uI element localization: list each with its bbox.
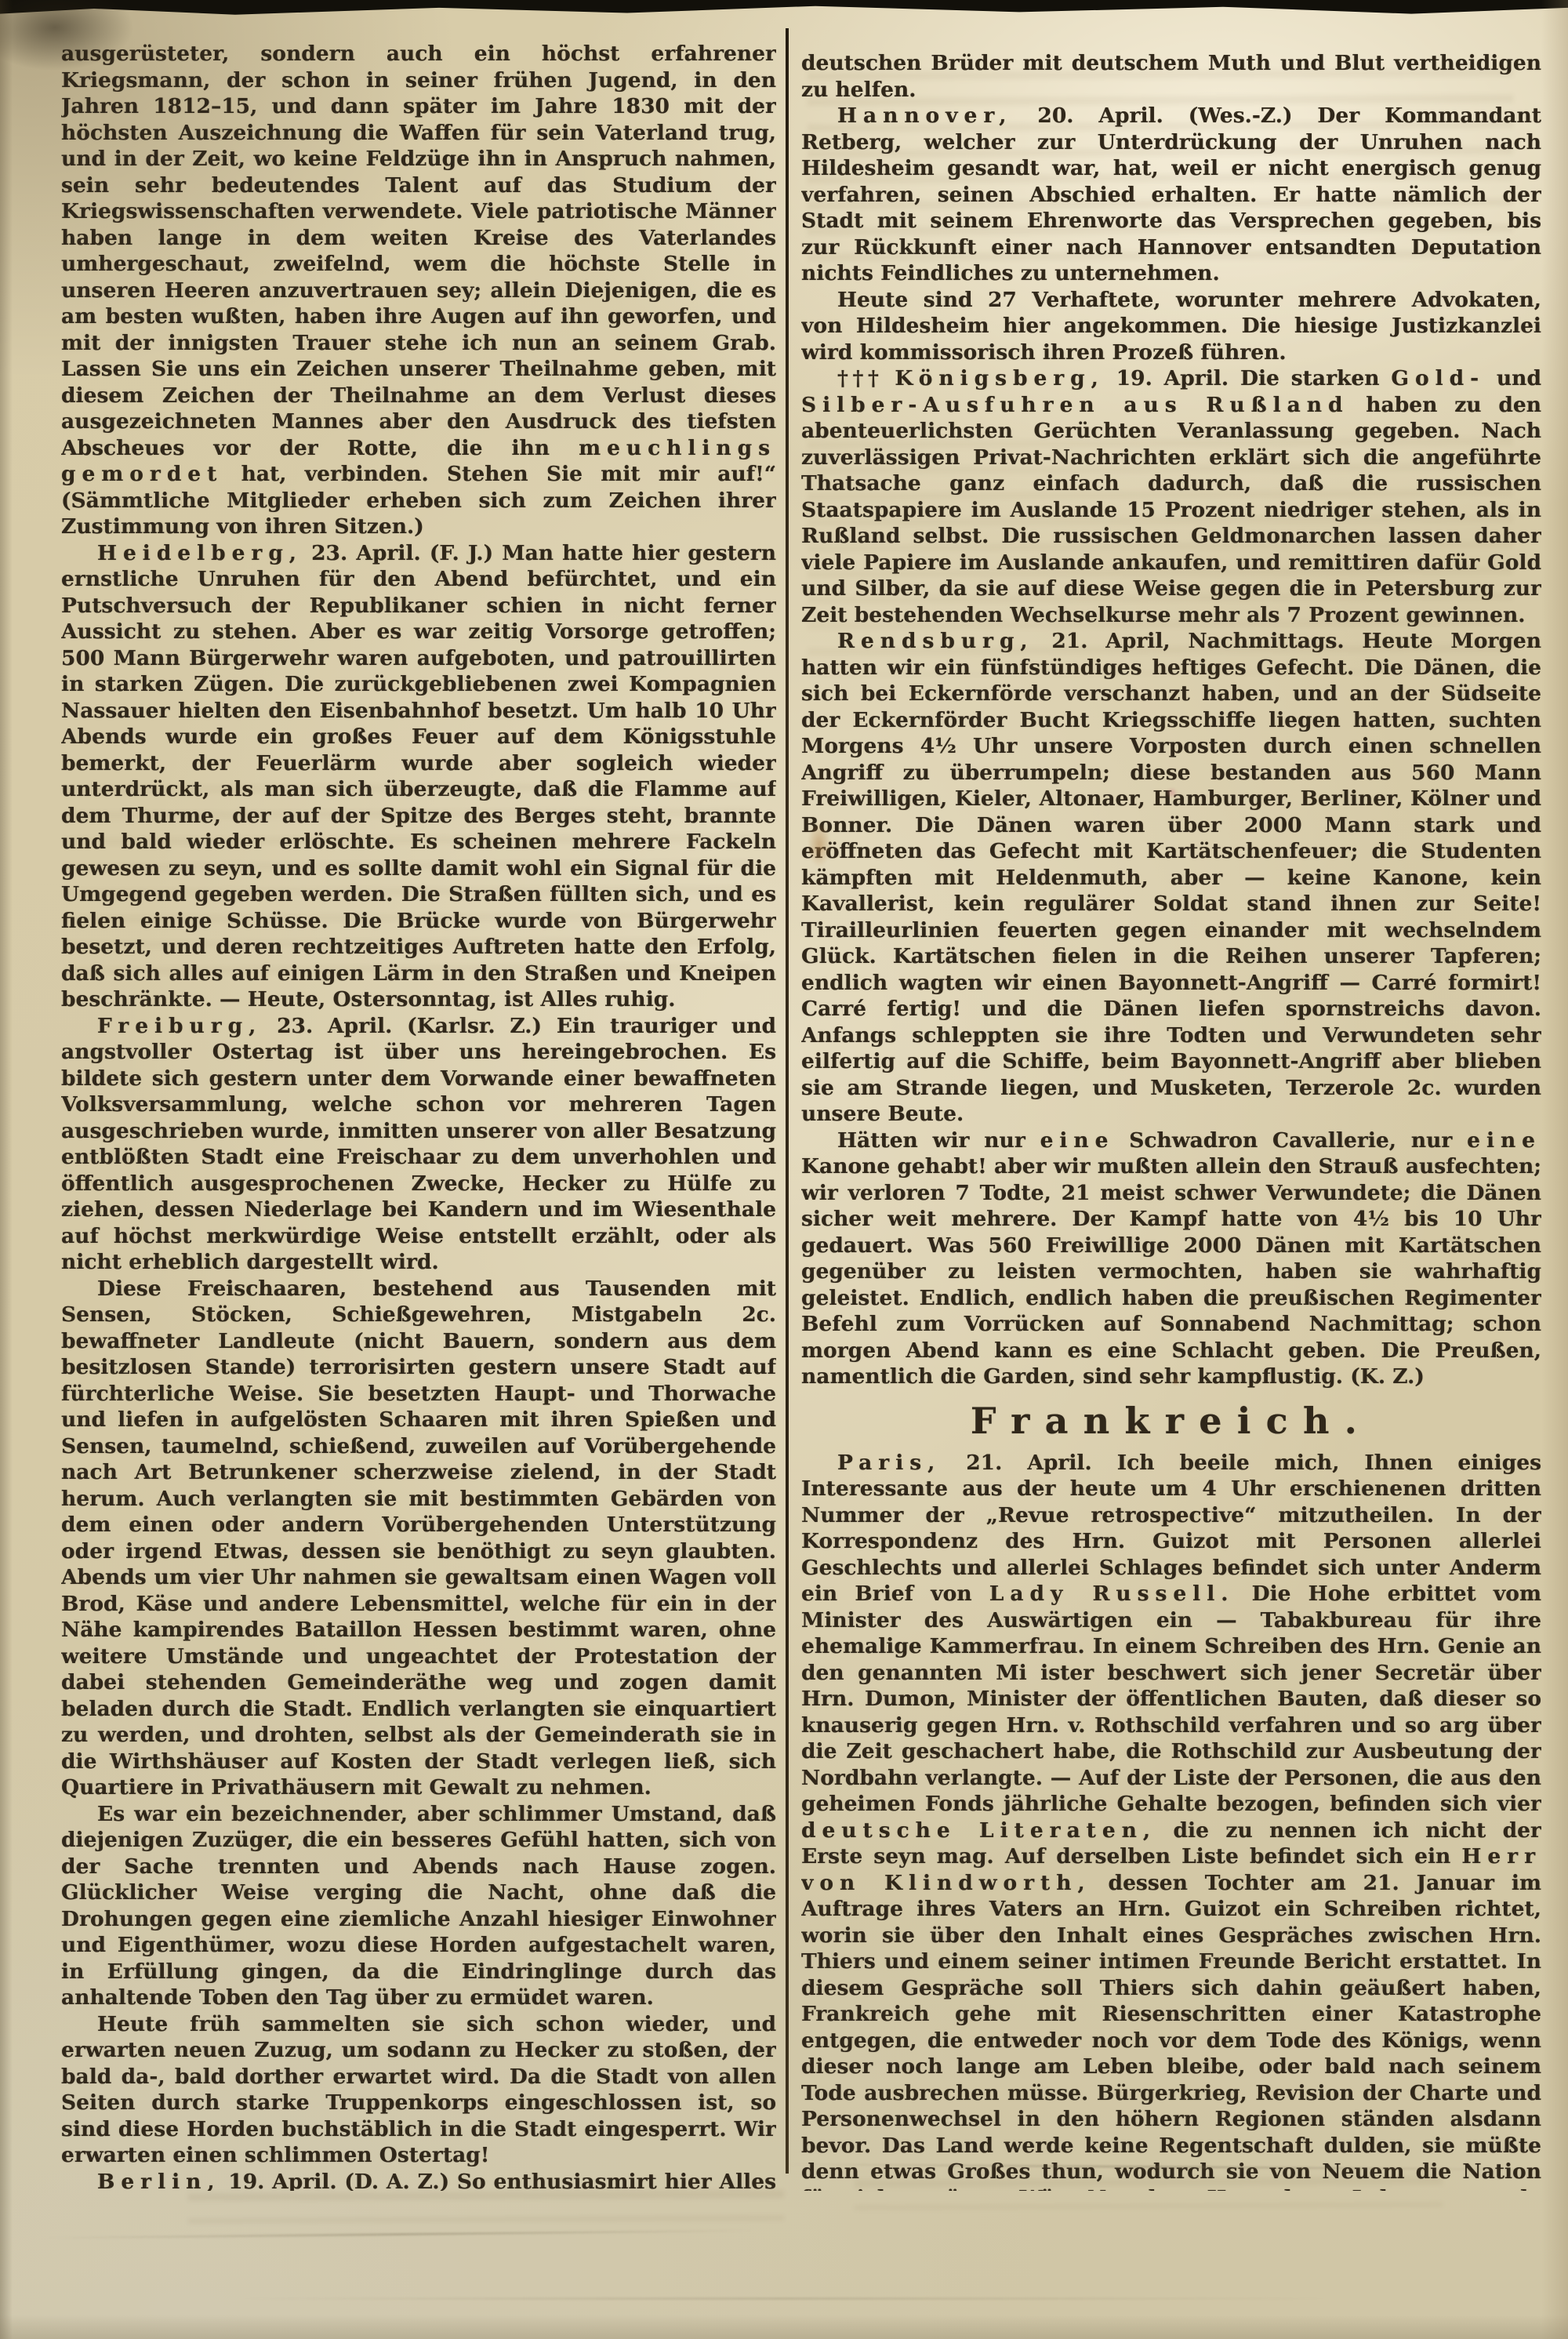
article-paris: Paris, 21. April. Ich beeile mich, Ihnen… — [801, 1450, 1541, 2192]
page-right-edge-shadow — [1541, 0, 1568, 2339]
letterspaced-text-run: Hannover, — [837, 104, 1013, 128]
letterspaced-text-run: Gold- — [1391, 366, 1485, 390]
rust-stain — [808, 822, 831, 867]
section-heading-frankreich: Frankreich. — [801, 1390, 1541, 1450]
right-text-column: deutschen Brüder mit deutschem Muth und … — [801, 50, 1541, 2191]
article-berlin: Berlin, 19. April. (D. A. Z.) So enthusi… — [61, 2169, 776, 2192]
article-heute-frueh: Heute früh sammelten sie sich schon wied… — [61, 2011, 776, 2169]
paper-crease — [235, 2297, 1333, 2300]
text-run: und — [1485, 366, 1541, 390]
text-run: 21. April, Nachmittags. Heute Morgen hat… — [801, 629, 1541, 1126]
page-bottom-edge-shadow — [0, 2315, 1568, 2339]
article-freiburg: Freiburg, 23. April. (Karlsr. Z.) Ein tr… — [61, 1013, 776, 1276]
article-brueder-continuation: deutschen Brüder mit deutschem Muth und … — [801, 50, 1541, 103]
article-schwadron: Hätten wir nur eine Schwadron Cavallerie… — [801, 1128, 1541, 1390]
letterspaced-text-run: Berlin, — [97, 2170, 221, 2192]
text-run: deutschen Brüder mit deutschem Muth und … — [801, 51, 1541, 102]
text-run: 20. April. (Wes.-Z.) Der Kommandant Retb… — [801, 104, 1541, 285]
letterspaced-text-run: eine — [1040, 1128, 1115, 1153]
showthrough-ghost-left-bottom-line — [188, 2190, 784, 2223]
article-heidelberg: Heidelberg, 23. April. (F. J.) Man hatte… — [61, 540, 776, 1013]
text-run: dessen Tochter am 21. Januar im Auftrage… — [801, 1871, 1541, 2192]
text-run: haben zu den abenteuerlichsten Gerüchten… — [801, 393, 1541, 627]
text-run: Schwadron Cavallerie, nur — [1114, 1128, 1467, 1153]
letterspaced-text-run: Silber-Ausfuhren aus Rußland — [801, 393, 1348, 417]
pink-speck — [1167, 787, 1178, 798]
page-left-edge-shadow — [0, 0, 13, 2339]
letterspaced-text-run: Rendsburg, — [837, 629, 1034, 653]
letterspaced-text-run: Königsberg, — [895, 366, 1104, 390]
letterspaced-text-run: Paris, — [837, 1451, 941, 1475]
column-divider-rule — [786, 28, 789, 2174]
article-rendsburg: Rendsburg, 21. April, Nachmittags. Heute… — [801, 628, 1541, 1128]
text-run: 23. April. (F. J.) Man hatte hier gester… — [61, 541, 776, 1012]
text-run: Es war ein bezeichnender, aber schlimmer… — [61, 1802, 776, 2010]
left-text-column: ausgerüsteter, sondern auch ein höchst e… — [61, 41, 776, 2191]
scanner-corner-smudge — [0, 0, 133, 71]
paper-crease — [47, 2229, 753, 2239]
newspaper-scan-page: { "page": { "language": "German (Fraktur… — [0, 0, 1568, 2339]
article-verhaftete: Heute sind 27 Verhaftete, worunter mehre… — [801, 287, 1541, 366]
letterspaced-text-run: Lady Russell. — [989, 1582, 1235, 1606]
brown-speck — [1171, 1377, 1180, 1386]
text-run: Diese Freischaaren, bestehend aus Tausen… — [61, 1277, 776, 1800]
letterspaced-text-run: deutsche Literaten, — [801, 1818, 1156, 1843]
letterspaced-text-run: Heidelberg, — [97, 541, 303, 565]
text-run: Die Hohe erbittet vom Minister des Auswä… — [801, 1582, 1541, 1816]
text-run: Hätten wir nur — [837, 1128, 1040, 1153]
text-run: Kanone gehabt! aber wir mußten allein de… — [801, 1154, 1541, 1389]
text-run: ausgerüsteter, sondern auch ein höchst e… — [61, 42, 776, 460]
text-run: Frankreich. — [971, 1400, 1372, 1442]
article-koenigsberg: ††† Königsberg, 19. April. Die starken G… — [801, 365, 1541, 628]
text-run: 23. April. (Karlsr. Z.) Ein trauriger un… — [61, 1014, 776, 1275]
text-run: Heute sind 27 Verhaftete, worunter mehre… — [801, 288, 1541, 365]
scanner-top-edge — [0, 0, 1568, 17]
article-umstand: Es war ein bezeichnender, aber schlimmer… — [61, 1801, 776, 2011]
letterspaced-text-run: Freiburg, — [97, 1014, 262, 1038]
text-run: Heute früh sammelten sie sich schon wied… — [61, 2012, 776, 2168]
article-hannover: Hannover, 20. April. (Wes.-Z.) Der Komma… — [801, 103, 1541, 287]
letterspaced-text-run: eine — [1467, 1128, 1541, 1153]
text-run: 19. April. Die starken — [1105, 366, 1392, 390]
article-freischaaren: Diese Freischaaren, bestehend aus Tausen… — [61, 1276, 776, 1801]
text-run: ††† — [837, 366, 895, 390]
article-kriegsmann-continuation: ausgerüsteter, sondern auch ein höchst e… — [61, 41, 776, 540]
